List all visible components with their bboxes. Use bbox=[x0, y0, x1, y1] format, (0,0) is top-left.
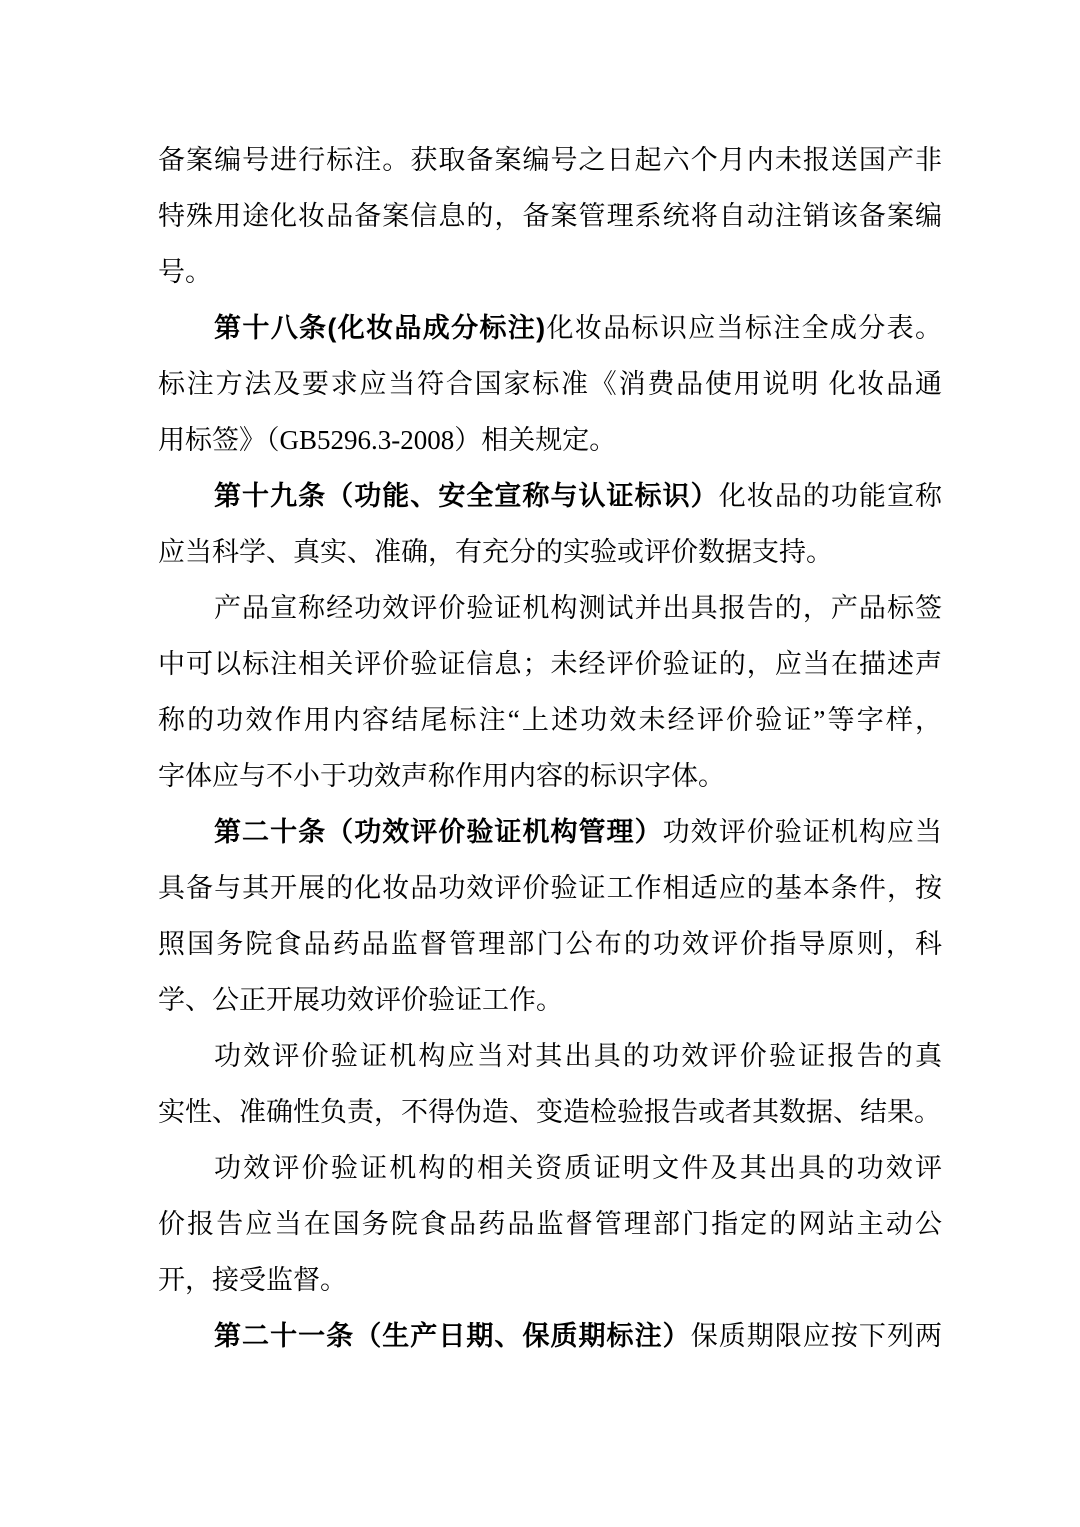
line-text: 中可以标注相关评价验证信息；未经评价验证的，应当在描述声 bbox=[158, 649, 942, 679]
line-text: 照国务院食品药品监督管理部门公布的功效评价指导原则，科 bbox=[158, 929, 942, 959]
text-line: 号。 bbox=[158, 244, 942, 300]
line-text: 学、公正开展功效评价验证工作。 bbox=[158, 985, 563, 1015]
text-line: 第十八条(化妆品成分标注)化妆品标识应当标注全成分表。 bbox=[158, 300, 942, 356]
text-line: 照国务院食品药品监督管理部门公布的功效评价指导原则，科 bbox=[158, 916, 942, 972]
text-line: 实性、准确性负责，不得伪造、变造检验报告或者其数据、结果。 bbox=[158, 1084, 942, 1140]
line-text: 功效评价验证机构应当 bbox=[663, 817, 942, 847]
line-text: 特殊用途化妆品备案信息的，备案管理系统将自动注销该备案编 bbox=[158, 201, 942, 231]
text-line: 用标签》（GB5296.3-2008）相关规定。 bbox=[158, 412, 942, 468]
text-line: 功效评价验证机构的相关资质证明文件及其出具的功效评 bbox=[158, 1140, 942, 1196]
text-line: 产品宣称经功效评价验证机构测试并出具报告的，产品标签 bbox=[158, 580, 942, 636]
line-text: 实性、准确性负责，不得伪造、变造检验报告或者其数据、结果。 bbox=[158, 1097, 941, 1127]
line-text: 功效评价验证机构的相关资质证明文件及其出具的功效评 bbox=[214, 1153, 942, 1183]
line-text: 号。 bbox=[158, 257, 212, 287]
line-text: 产品宣称经功效评价验证机构测试并出具报告的，产品标签 bbox=[214, 593, 942, 623]
text-line: 备案编号进行标注。获取备案编号之日起六个月内未报送国产非 bbox=[158, 132, 942, 188]
line-text: 开，接受监督。 bbox=[158, 1265, 347, 1295]
line-text: 保质期限应按下列两 bbox=[691, 1321, 942, 1351]
line-text: 化妆品标识应当标注全成分表。 bbox=[545, 313, 942, 343]
article-heading-21: 第二十一条（生产日期、保质期标注） bbox=[214, 1321, 691, 1351]
text-line: 具备与其开展的化妆品功效评价验证工作相适应的基本条件，按 bbox=[158, 860, 942, 916]
text-line: 字体应与不小于功效声称作用内容的标识字体。 bbox=[158, 748, 942, 804]
text-line: 第二十条（功效评价验证机构管理）功效评价验证机构应当 bbox=[158, 804, 942, 860]
text-line: 第十九条（功能、安全宣称与认证标识）化妆品的功能宣称 bbox=[158, 468, 942, 524]
text-line: 开，接受监督。 bbox=[158, 1252, 942, 1308]
text-line: 应当科学、真实、准确，有充分的实验或评价数据支持。 bbox=[158, 524, 942, 580]
text-line: 特殊用途化妆品备案信息的，备案管理系统将自动注销该备案编 bbox=[158, 188, 942, 244]
text-line: 称的功效作用内容结尾标注“上述功效未经评价验证”等字样， bbox=[158, 692, 942, 748]
line-text: 用标签》（GB5296.3-2008）相关规定。 bbox=[158, 425, 616, 455]
line-text: 备案编号进行标注。获取备案编号之日起六个月内未报送国产非 bbox=[158, 145, 942, 175]
text-line: 学、公正开展功效评价验证工作。 bbox=[158, 972, 942, 1028]
line-text: 价报告应当在国务院食品药品监督管理部门指定的网站主动公 bbox=[158, 1209, 942, 1239]
article-heading-19: 第十九条（功能、安全宣称与认证标识） bbox=[214, 481, 719, 511]
text-line: 第二十一条（生产日期、保质期标注）保质期限应按下列两 bbox=[158, 1308, 942, 1364]
document-page: 备案编号进行标注。获取备案编号之日起六个月内未报送国产非 特殊用途化妆品备案信息… bbox=[0, 0, 1080, 1527]
text-line: 功效评价验证机构应当对其出具的功效评价验证报告的真 bbox=[158, 1028, 942, 1084]
line-text: 称的功效作用内容结尾标注“上述功效未经评价验证”等字样， bbox=[158, 705, 942, 735]
text-line: 标注方法及要求应当符合国家标准《消费品使用说明 化妆品通 bbox=[158, 356, 942, 412]
line-text: 具备与其开展的化妆品功效评价验证工作相适应的基本条件，按 bbox=[158, 873, 942, 903]
line-text: 功效评价验证机构应当对其出具的功效评价验证报告的真 bbox=[214, 1041, 942, 1071]
article-heading-18: 第十八条(化妆品成分标注) bbox=[214, 313, 545, 343]
line-text: 标注方法及要求应当符合国家标准《消费品使用说明 化妆品通 bbox=[158, 369, 942, 399]
article-heading-20: 第二十条（功效评价验证机构管理） bbox=[214, 817, 663, 847]
line-text: 应当科学、真实、准确，有充分的实验或评价数据支持。 bbox=[158, 537, 833, 567]
text-line: 中可以标注相关评价验证信息；未经评价验证的，应当在描述声 bbox=[158, 636, 942, 692]
line-text: 化妆品的功能宣称 bbox=[719, 481, 942, 511]
body-text: 备案编号进行标注。获取备案编号之日起六个月内未报送国产非 特殊用途化妆品备案信息… bbox=[158, 132, 942, 1364]
text-line: 价报告应当在国务院食品药品监督管理部门指定的网站主动公 bbox=[158, 1196, 942, 1252]
line-text: 字体应与不小于功效声称作用内容的标识字体。 bbox=[158, 761, 725, 791]
